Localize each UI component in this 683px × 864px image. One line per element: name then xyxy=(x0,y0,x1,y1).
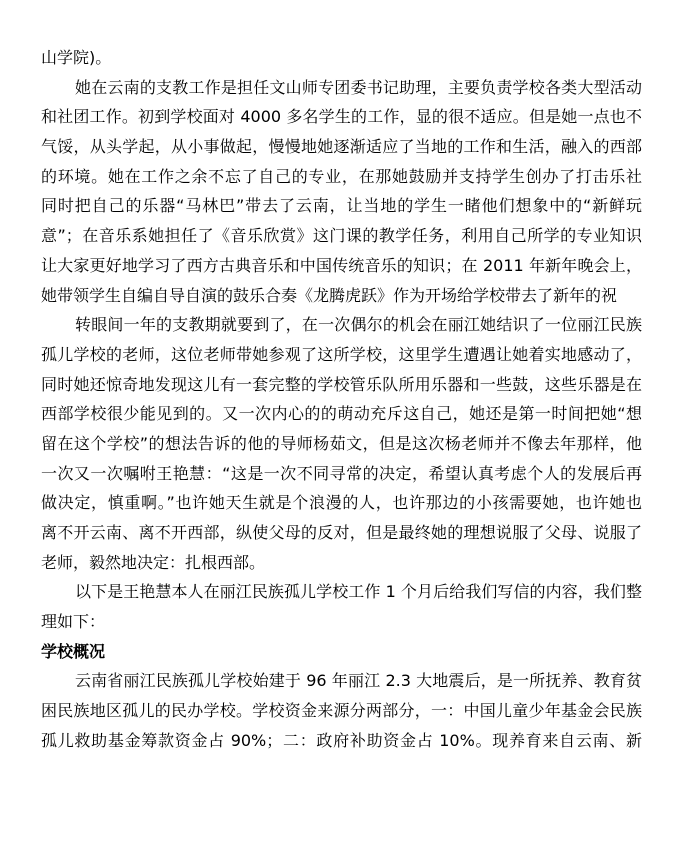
doc-line-2: 她在云南的支教工作是担任文山师专团委书记助理，主要负责学校各类大型活动 xyxy=(41,73,642,103)
doc-line-11: 孤儿学校的老师，这位老师带她参观了这所学校，这里学生遭遇让她着实地感动了， xyxy=(41,340,642,370)
doc-line-8: 让大家更好地学习了西方古典音乐和中国传统音乐的知识；在 2011 年新年晚会上， xyxy=(41,251,642,281)
doc-line-16: 做决定，慎重啊。”也许她天生就是个浪漫的人，也许那边的小孩需要她，也许她也 xyxy=(41,488,642,518)
doc-line-20: 理如下： xyxy=(41,607,642,637)
doc-line-12: 同时她还惊奇地发现这儿有一套完整的学校管乐队所用乐器和一些鼓，这些乐器是在 xyxy=(41,370,642,400)
doc-line-10: 转眼间一年的支教期就要到了，在一次偶尔的机会在丽江她结识了一位丽江民族 xyxy=(41,310,642,340)
doc-line-15: 一次又一次嘱咐王艳慧：“这是一次不同寻常的决定，希望认真考虑个人的发展后再 xyxy=(41,459,642,489)
doc-line-7: 意”；在音乐系她担任了《音乐欣赏》这门课的教学任务，利用自己所学的专业知识 xyxy=(41,221,642,251)
doc-line-23: 困民族地区孤儿的民办学校。学校资金来源分两部分，一：中国儿童少年基金会民族 xyxy=(41,696,642,726)
doc-line-6: 同时把自己的乐器“马林巴”带去了云南，让当地的学生一睹他们想象中的“新鲜玩 xyxy=(41,191,642,221)
doc-line-5: 的环境。她在工作之余不忘了自己的专业，在那她鼓励并支持学生创办了打击乐社团， xyxy=(41,162,642,192)
doc-line-18: 老师，毅然地决定：扎根西部。 xyxy=(41,548,642,578)
document-page: 山学院)。 她在云南的支教工作是担任文山师专团委书记助理，主要负责学校各类大型活… xyxy=(0,0,683,864)
doc-line-22: 云南省丽江民族孤儿学校始建于 96 年丽江 2.3 大地震后，是一所抚养、教育贫 xyxy=(41,666,642,696)
doc-line-1: 山学院)。 xyxy=(41,43,642,73)
doc-line-13: 西部学校很少能见到的。又一次内心的的萌动充斥这自己，她还是第一时间把她“想 xyxy=(41,399,642,429)
doc-line-14: 留在这个学校”的想法告诉的他的导师杨茹文，但是这次杨老师并不像去年那样，他 xyxy=(41,429,642,459)
section-heading: 学校概况 xyxy=(41,637,642,667)
doc-line-3: 和社团工作。初到学校面对 4000 多名学生的工作，显的很不适应。但是她一点也不 xyxy=(41,102,642,132)
doc-line-17: 离不开云南、离不开西部，纵使父母的反对，但是最终她的理想说服了父母、说服了 xyxy=(41,518,642,548)
doc-line-24: 孤儿救助基金筹款资金占 90%；二：政府补助资金占 10%。现养育来自云南、新疆… xyxy=(41,726,642,756)
doc-line-4: 气馁，从头学起，从小事做起，慢慢地她逐渐适应了当地的工作和生活，融入的西部 xyxy=(41,132,642,162)
doc-line-19: 以下是王艳慧本人在丽江民族孤儿学校工作 1 个月后给我们写信的内容，我们整 xyxy=(41,577,642,607)
doc-line-9: 她带领学生自编自导自演的鼓乐合奏《龙腾虎跃》作为开场给学校带去了新年的祝福。 xyxy=(41,281,642,311)
